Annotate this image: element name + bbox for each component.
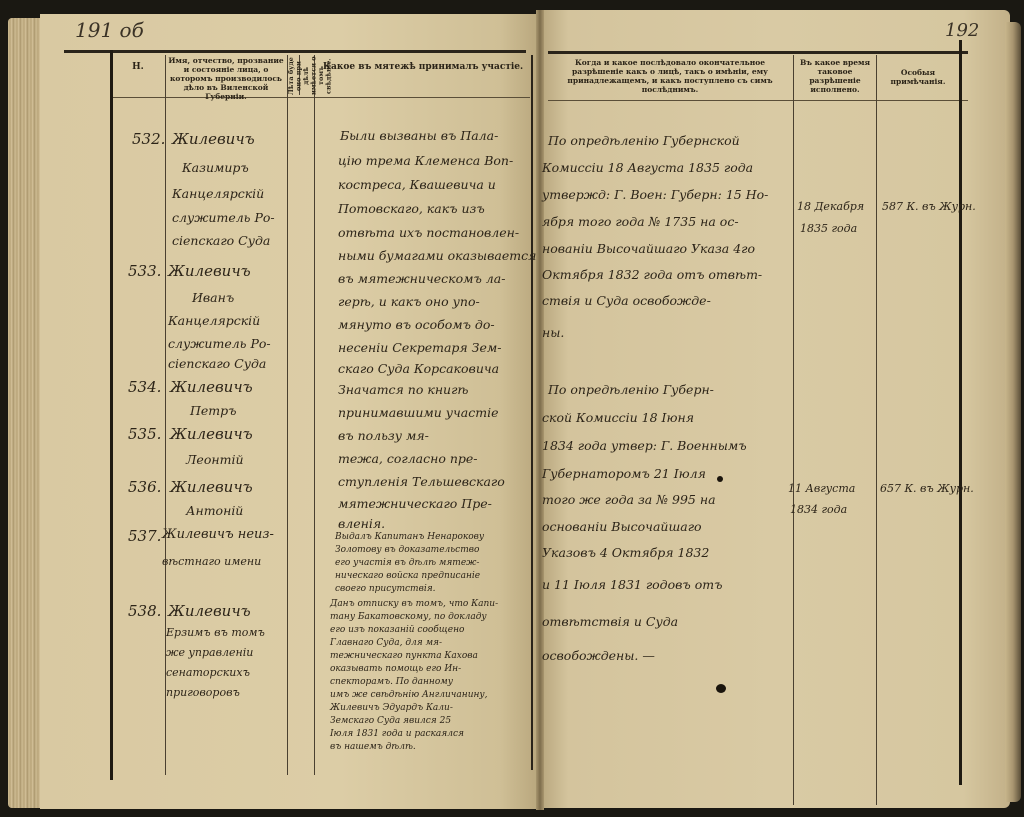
entry-status: Ерзимъ въ томъ [166,626,265,639]
right-page-number: 192 [945,20,979,41]
participation-line: Золотову въ доказательство [335,545,479,555]
entry-given-name: вѣстнаго имени [162,555,261,568]
participation-line: Были вызваны въ Пала- [340,128,498,143]
entry-status: Канцелярскій [168,313,260,328]
col-divider-years [314,55,315,775]
participation-line: ническаго войска предписаніе [335,571,480,581]
entry-number: 535. [128,425,161,443]
entry-number: 533. [128,262,161,280]
entry-status: служитель Ро- [172,210,275,225]
executed-year: 1834 года [790,503,847,516]
participation-line: принимавшими участіе [338,405,499,420]
header-participation: Какое въ мятежѣ принималъ участіе. [316,62,530,73]
participation-line: Главнаго Суда, для мя- [330,638,442,648]
resolution-line: освобождены. — [542,648,655,663]
participation-line: въ нашемъ дѣлѣ. [330,742,416,752]
left-border-line [110,50,113,780]
entry-number: 536. [128,478,161,496]
participation-line: несеніи Секретаря Зем- [338,340,501,355]
resolution-line: основаніи Высочайшаго [542,519,702,534]
executed-date: 11 Августа [788,482,855,495]
entry-given-name: Леонтій [186,452,244,467]
participation-line: Земскаго Суда явился 25 [330,716,451,726]
participation-line: тану Бакатовскому, по докладу [330,612,487,622]
resolution-line: отвѣтствія и Суда [542,614,678,629]
resolution-line: ября того года № 1735 на ос- [542,214,739,229]
participation-line: герѣ, и какъ оно упо- [338,294,480,309]
header-top-rule-right [548,51,968,54]
right-page [540,10,1010,808]
col-divider-resolution [793,55,794,805]
participation-line: Іюля 1831 года и раскаялся [330,729,464,739]
resolution-line: нованіи Высочайшаго Указа 4го [542,241,755,256]
resolution-line: 1834 года утвер: Г. Военнымъ [542,438,747,453]
entry-given-name: Казимиръ [182,160,249,175]
header-name: Имя, отчество, прозвание и состояніе лиц… [166,56,286,101]
entry-status: сенаторскихъ [166,666,250,679]
resolution-line: и 11 Іюля 1831 годовъ отъ [542,577,722,592]
header-bottom-rule-right [548,100,968,101]
entry-number: 534. [128,378,161,396]
participation-line: тежа, согласно пре- [338,451,478,466]
header-top-rule-left [64,50,526,53]
header-executed: Въ какое время таковое разрѣшеніе исполн… [794,58,876,94]
right-page-edge [1005,22,1021,802]
participation-line: спекторамъ. По данному [330,677,453,687]
binding-hole [716,684,726,693]
resolution-line: По опредѣленію Губерн- [548,382,714,397]
participation-line: отвѣта ихъ постановлен- [338,225,519,240]
entry-given-name: Петръ [190,403,236,418]
entry-surname: Жилевичъ [172,130,255,148]
binding-hole [717,476,723,482]
participation-line: Данъ отписку въ томъ, что Капи- [330,599,498,609]
entry-number: 532. [132,130,165,148]
left-page-number: 191 об [75,18,144,42]
participation-line: мятежническаго Пре- [338,496,492,511]
participation-line: ступленія Тельшевскаго [338,474,505,489]
participation-line: Выдалъ Капитанъ Ненарокову [335,532,484,542]
entry-given-name: Иванъ [192,290,234,305]
participation-line: его участія въ дѣлѣ мятеж- [335,558,479,568]
col-divider-name [287,55,288,775]
participation-line: Потовскаго, какъ изъ [338,201,485,216]
header-n: Н. [112,62,164,73]
header-resolution: Когда и какое послѣдовало окончательное … [548,58,792,94]
resolution-line: ской Комиссіи 18 Іюня [542,410,694,425]
resolution-line: Комиссіи 18 Августа 1835 года [542,160,753,175]
executed-date: 18 Декабря [797,200,864,213]
header-years: Лѣта буде оно при дѣлѣ имѣется о томъ св… [288,56,314,96]
participation-line: Значатся по книгѣ [338,382,468,397]
resolution-line: Указовъ 4 Октября 1832 [542,545,709,560]
entry-status: же управленіи [166,646,253,659]
header-notes: Особыя примѣчанія. [877,68,959,86]
participation-line: оказывать помощь его Ин- [330,664,461,674]
participation-line: въ мятежническомъ ла- [338,271,505,286]
entry-surname: Жилевичъ [170,478,253,496]
entry-surname: Жилевичъ [170,425,253,443]
entry-status: сienскаго Суда [168,356,266,371]
resolution-line: того же года за № 995 на [542,492,716,507]
participation-line: вленія. [338,516,385,531]
participation-line: своего присутствія. [335,584,436,594]
participation-line: мянуто въ особомъ до- [338,317,495,332]
resolution-line: утвержд: Г. Воен: Губерн: 15 Но- [542,187,768,202]
entry-number: 538. [128,602,161,620]
resolution-line: Губернаторомъ 21 Іюля [542,466,706,481]
entry-surname: Жилевичъ [168,602,251,620]
resolution-line: ствія и Суда освобожде- [542,293,711,308]
entry-status: приговоровъ [166,686,240,699]
entry-status: служитель Ро- [168,336,271,351]
participation-line: костреса, Квашевича и [338,177,496,192]
participation-line: ными бумагами оказывается [338,248,536,263]
entry-given-name: Антоній [186,503,243,518]
resolution-line: Октября 1832 года отъ отвѣт- [542,267,762,282]
participation-line: цію трема Клеменса Воп- [338,153,513,168]
participation-line: его изъ показаній сообщено [330,625,464,635]
participation-line: въ пользу мя- [338,428,429,443]
entry-surname: Жилевичъ [170,378,253,396]
col-divider-executed [876,55,877,805]
participation-line: скаго Суда Корсаковича [338,361,499,376]
right-border-line [959,40,962,785]
note-journal-ref: 587 К. въ Журн. [882,200,976,213]
resolution-line: По опредѣленію Губернской [548,133,740,148]
entry-surname: Жилевичъ неиз- [162,527,274,542]
participation-line: тежническаго пункта Кахова [330,651,478,661]
entry-surname: Жилевичъ [168,262,251,280]
executed-year: 1835 года [800,222,857,235]
note-journal-ref: 657 К. въ Журн. [880,482,974,495]
entry-status: Канцелярскій [172,186,264,201]
entry-number: 537. [128,527,161,545]
book-spread: 191 об 192 Н. Имя, отчество, прозвание и… [0,0,1024,817]
col-divider-participation [531,55,533,770]
entry-status: сienскаго Суда [172,233,270,248]
participation-line: Жилевичъ Эдуардъ Кали- [330,703,453,713]
resolution-line: ны. [542,325,564,340]
participation-line: имъ же свѣдѣнію Англичанину, [330,690,488,700]
